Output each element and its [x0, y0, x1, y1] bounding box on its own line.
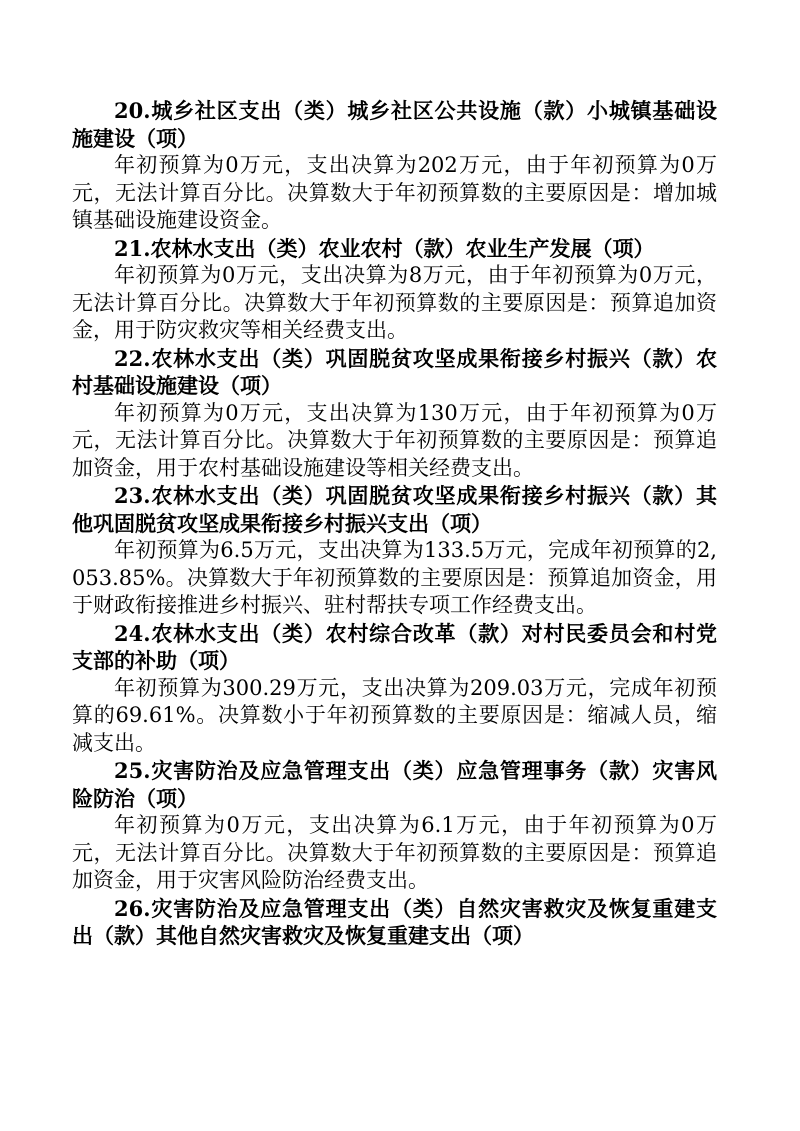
section-24: 24.农林水支出（类）农村综合改革（款）对村民委员会和村党支部的补助（项） 年初… — [72, 620, 717, 758]
section-26: 26.灾害防治及应急管理支出（类）自然灾害救灾及恢复重建支出（款）其他自然灾害救… — [72, 895, 717, 950]
section-25: 25.灾害防治及应急管理支出（类）应急管理事务（款）灾害风险防治（项） 年初预算… — [72, 757, 717, 895]
section-heading: 25.灾害防治及应急管理支出（类）应急管理事务（款）灾害风险防治（项） — [72, 757, 717, 812]
section-heading: 20.城乡社区支出（类）城乡社区公共设施（款）小城镇基础设施建设（项） — [72, 97, 717, 152]
section-body: 年初预算为0万元，支出决算为202万元，由于年初预算为0万元，无法计算百分比。决… — [72, 152, 717, 235]
section-21: 21.农林水支出（类）农业农村（款）农业生产发展（项） 年初预算为0万元，支出决… — [72, 235, 717, 345]
section-23: 23.农林水支出（类）巩固脱贫攻坚成果衔接乡村振兴（款）其他巩固脱贫攻坚成果衔接… — [72, 482, 717, 620]
section-body: 年初预算为300.29万元，支出决算为209.03万元，完成年初预算的69.61… — [72, 675, 717, 758]
section-heading: 24.农林水支出（类）农村综合改革（款）对村民委员会和村党支部的补助（项） — [72, 620, 717, 675]
section-body: 年初预算为6.5万元，支出决算为133.5万元，完成年初预算的2,053.85%… — [72, 537, 717, 620]
section-heading: 21.农林水支出（类）农业农村（款）农业生产发展（项） — [72, 235, 717, 263]
section-20: 20.城乡社区支出（类）城乡社区公共设施（款）小城镇基础设施建设（项） 年初预算… — [72, 97, 717, 235]
section-body: 年初预算为0万元，支出决算为8万元，由于年初预算为0万元，无法计算百分比。决算数… — [72, 262, 717, 345]
section-body: 年初预算为0万元，支出决算为6.1万元，由于年初预算为0万元，无法计算百分比。决… — [72, 812, 717, 895]
document-page: 20.城乡社区支出（类）城乡社区公共设施（款）小城镇基础设施建设（项） 年初预算… — [0, 0, 800, 1131]
section-22: 22.农林水支出（类）巩固脱贫攻坚成果衔接乡村振兴（款）农村基础设施建设（项） … — [72, 345, 717, 483]
section-heading: 23.农林水支出（类）巩固脱贫攻坚成果衔接乡村振兴（款）其他巩固脱贫攻坚成果衔接… — [72, 482, 717, 537]
section-heading: 22.农林水支出（类）巩固脱贫攻坚成果衔接乡村振兴（款）农村基础设施建设（项） — [72, 345, 717, 400]
section-heading: 26.灾害防治及应急管理支出（类）自然灾害救灾及恢复重建支出（款）其他自然灾害救… — [72, 895, 717, 950]
section-body: 年初预算为0万元，支出决算为130万元，由于年初预算为0万元，无法计算百分比。决… — [72, 400, 717, 483]
